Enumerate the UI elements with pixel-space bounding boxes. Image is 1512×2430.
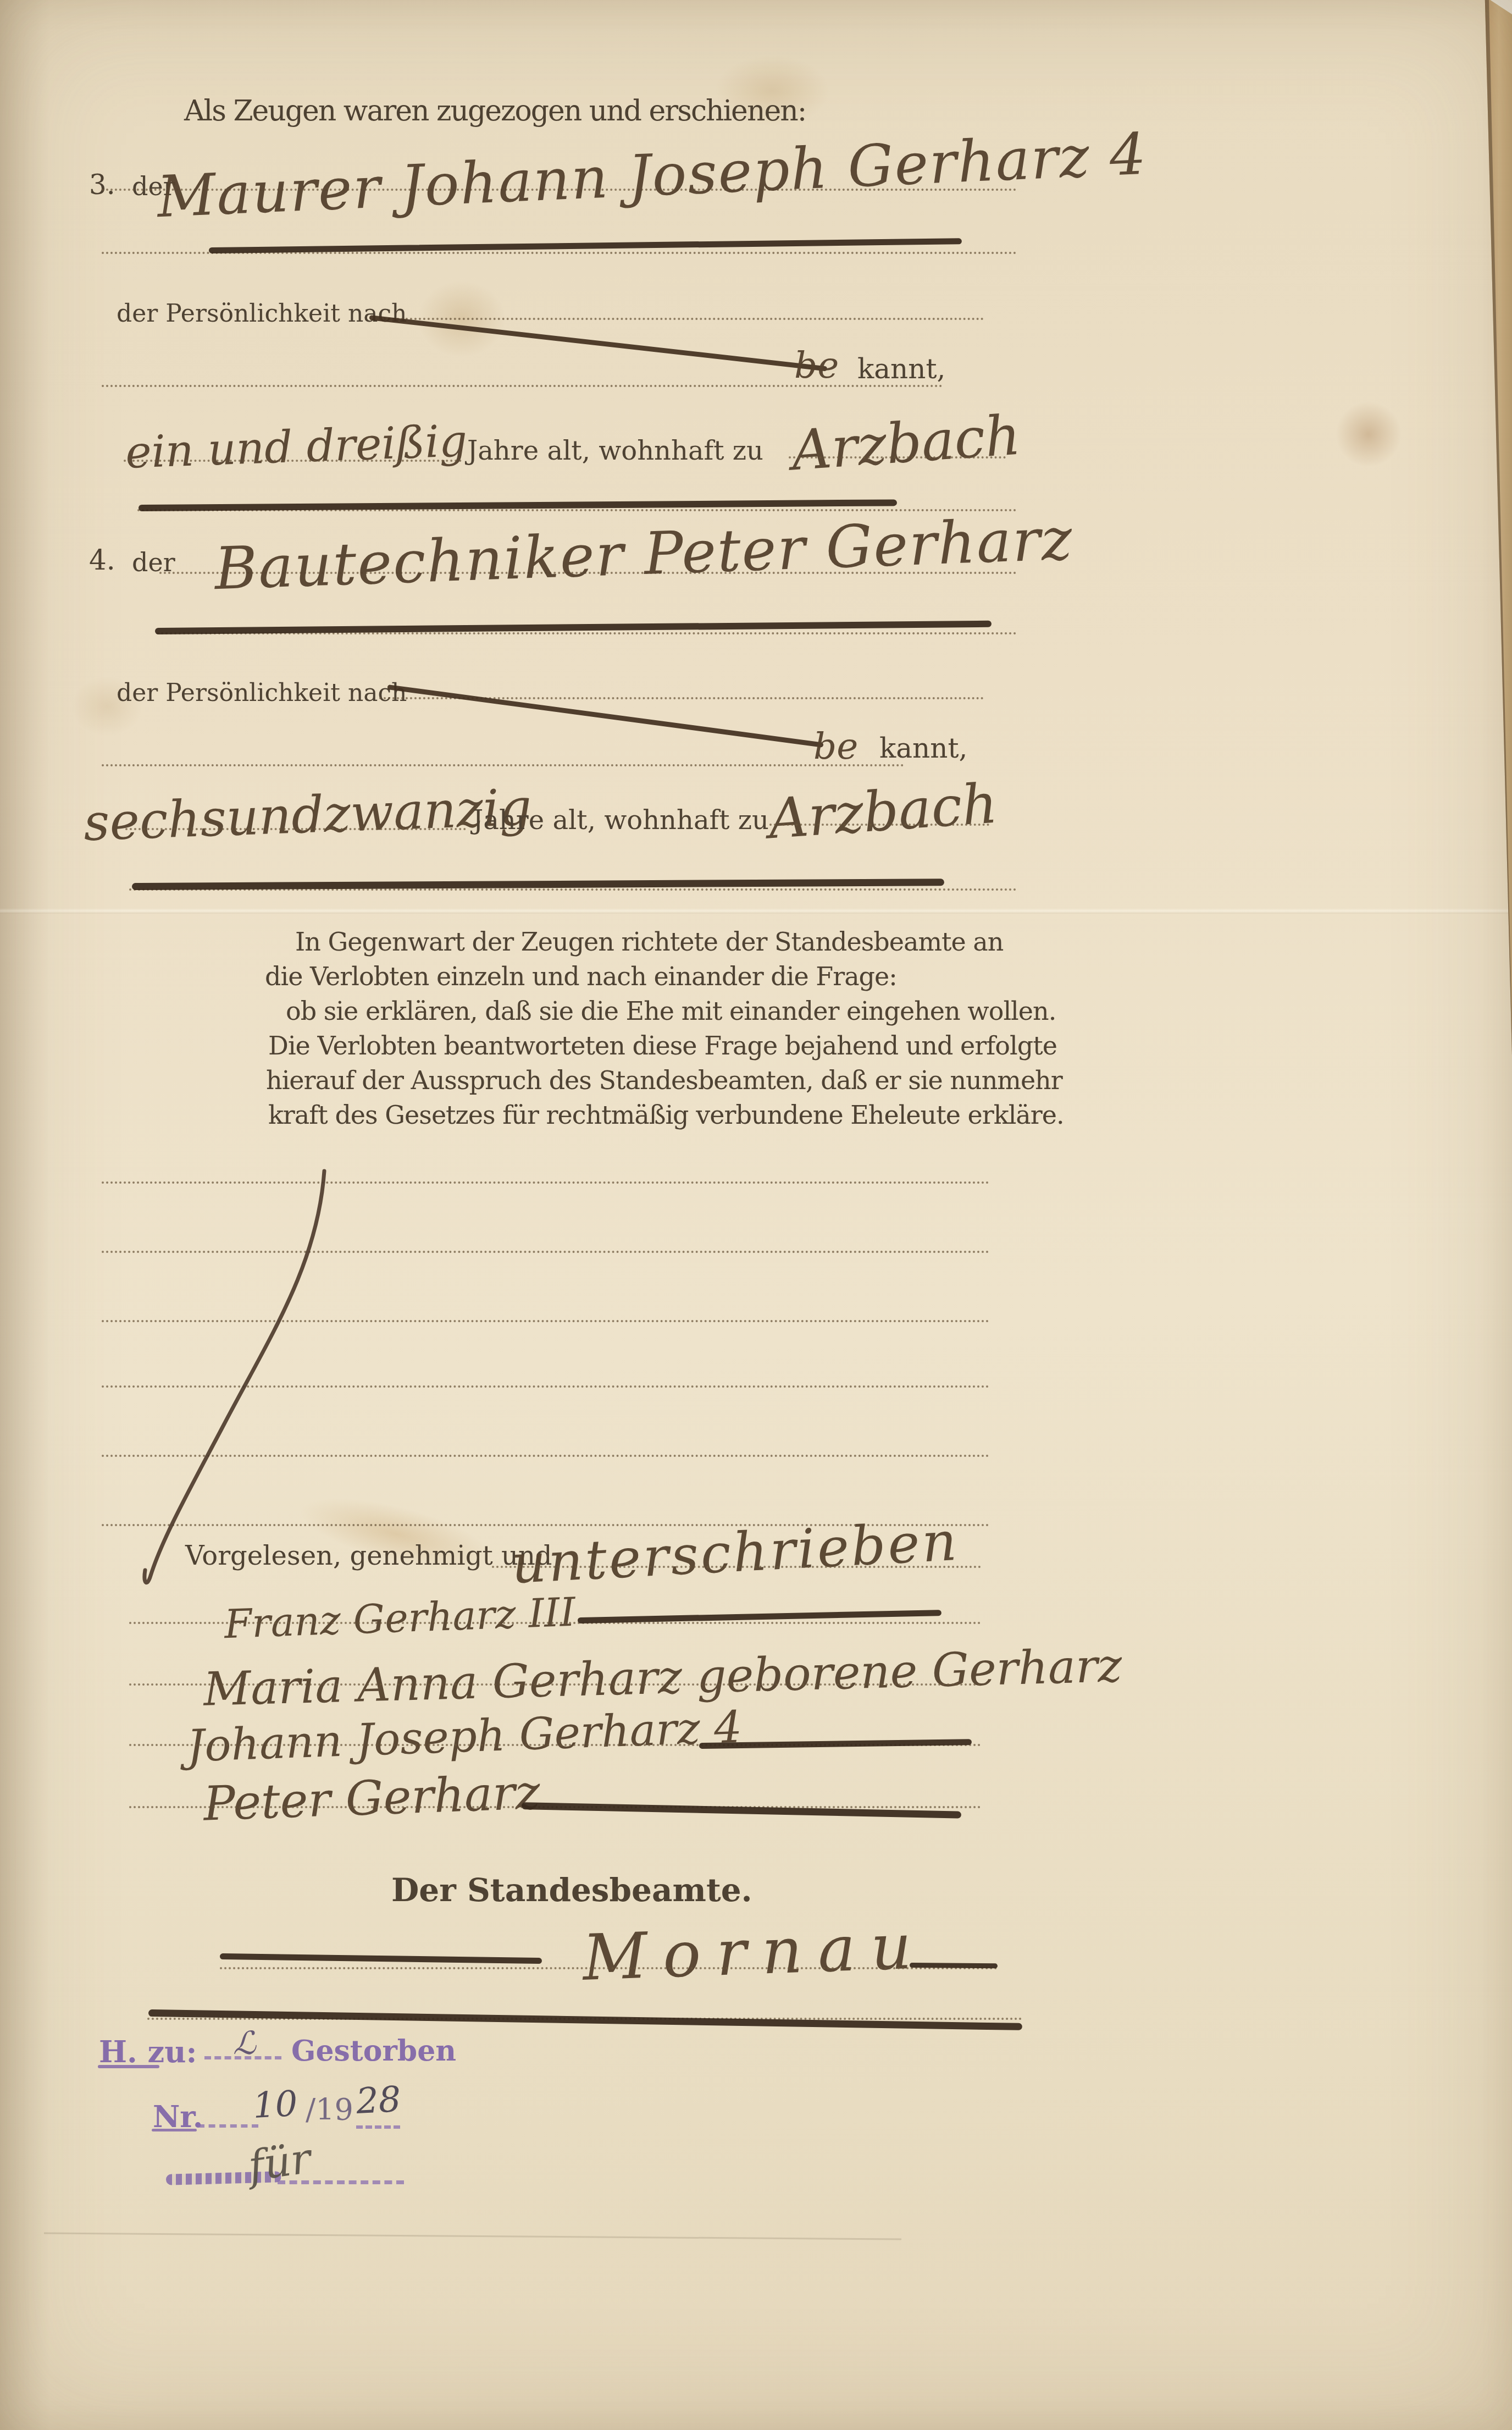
stamp-underline [152,2129,197,2131]
dotted-rule [492,1566,981,1568]
signature-groom: Franz Gerharz III [224,1589,576,1647]
registrar-title: Der Standesbeamte. [391,1871,752,1909]
paper-crease [0,908,1512,914]
ink-diagonal-stroke [387,684,823,748]
faint-pencil-line [44,2233,901,2240]
witness4-age-print: Jahre alt, wohnhaft zu [473,805,769,836]
witness3-index: 3. [89,169,115,201]
ink-scurve-cancellation [126,1149,357,1589]
declaration-line: die Verlobten einzeln und nach einander … [265,959,1064,994]
declaration-line: hierauf der Ausspruch des Standesbeamten… [266,1063,1064,1098]
witness4-identity-label: der Persönlichkeit nach [117,679,407,707]
stamp-dotted-line [356,2125,400,2129]
witness3-age-print: Jahre alt, wohnhaft zu [467,435,763,466]
witness3-name-handwriting: Maurer Johann Joseph Gerharz 4 [156,120,1148,231]
signature-witness4: Peter Gerharz [202,1765,541,1831]
witness-section-heading: Als Zeugen waren zugezogen und erschiene… [184,95,806,128]
dotted-rule [102,385,943,387]
stamp-reference-suffix: Gestorben [291,2034,456,2068]
ink-cancellation-stroke [220,1953,542,1964]
ink-cancellation-stroke [209,238,962,253]
ink-cancellation-stroke [522,1802,961,1819]
dotted-rule [124,460,462,462]
declaration-line: ob sie erklären, daß sie die Ehe mit ein… [286,994,1064,1029]
ink-diagonal-stroke [369,315,827,371]
witness3-age-handwriting: ein und dreißig [125,415,468,478]
witness4-name-handwriting: Bautechniker Peter Gerharz [213,505,1074,603]
declaration-line: Die Verlobten beantworteten diese Frage … [268,1029,1064,1063]
declaration-line: kraft des Gesetzes für rechtmäßig verbun… [268,1098,1064,1133]
dotted-rule [125,828,466,830]
witness4-index: 4. [89,544,115,576]
witness4-known-handwriting: be [813,725,858,767]
underlying-page-edge [1479,0,1512,1056]
dotted-rule [129,1683,981,1686]
witness4-known-print: kannt, [879,732,968,764]
witness3-known-print: kannt, [857,353,946,385]
stamp-underline [98,2065,159,2068]
witness3-residence-handwriting: Arzbach [789,403,1022,483]
stamp-year-handwriting: 28 [355,2079,402,2122]
stamp-reference-label: H. zu: [99,2034,197,2069]
witness4-residence-handwriting: Arzbach [766,771,999,852]
witness3-known-handwriting: be [794,344,839,386]
registry-page-scan: Als Zeugen waren zugezogen und erschiene… [0,0,1512,2430]
stamp-dotted-line [198,2124,258,2128]
closing-handwriting: unterschrieben [510,1510,961,1596]
dotted-rule [379,318,984,320]
stamp-year-print: /19 [306,2092,353,2127]
dotted-rule [769,824,989,826]
clerk-initials-handwriting: für [245,2134,314,2191]
stamp-reference-handmark: ℒ [233,2024,256,2062]
ink-cancellation-stroke [910,1963,998,1968]
registrar-signature: Mornau [581,1909,928,1995]
declaration-paragraph: In Gegenwart der Zeugen richtete der Sta… [265,925,1064,1133]
dotted-rule [102,764,904,766]
dotted-rule [129,1622,981,1624]
dotted-rule [220,1967,998,1969]
binding-gutter-shadow [0,0,49,2430]
witness3-identity-label: der Persönlichkeit nach [117,300,407,328]
declaration-line: In Gegenwart der Zeugen richtete der Sta… [295,925,1064,959]
paper-stain [1336,401,1402,467]
stamp-number-handwriting: 10 [252,2084,298,2127]
dotted-rule [789,456,1006,459]
witness4-age-handwriting: sechsundzwanzig [82,778,532,852]
